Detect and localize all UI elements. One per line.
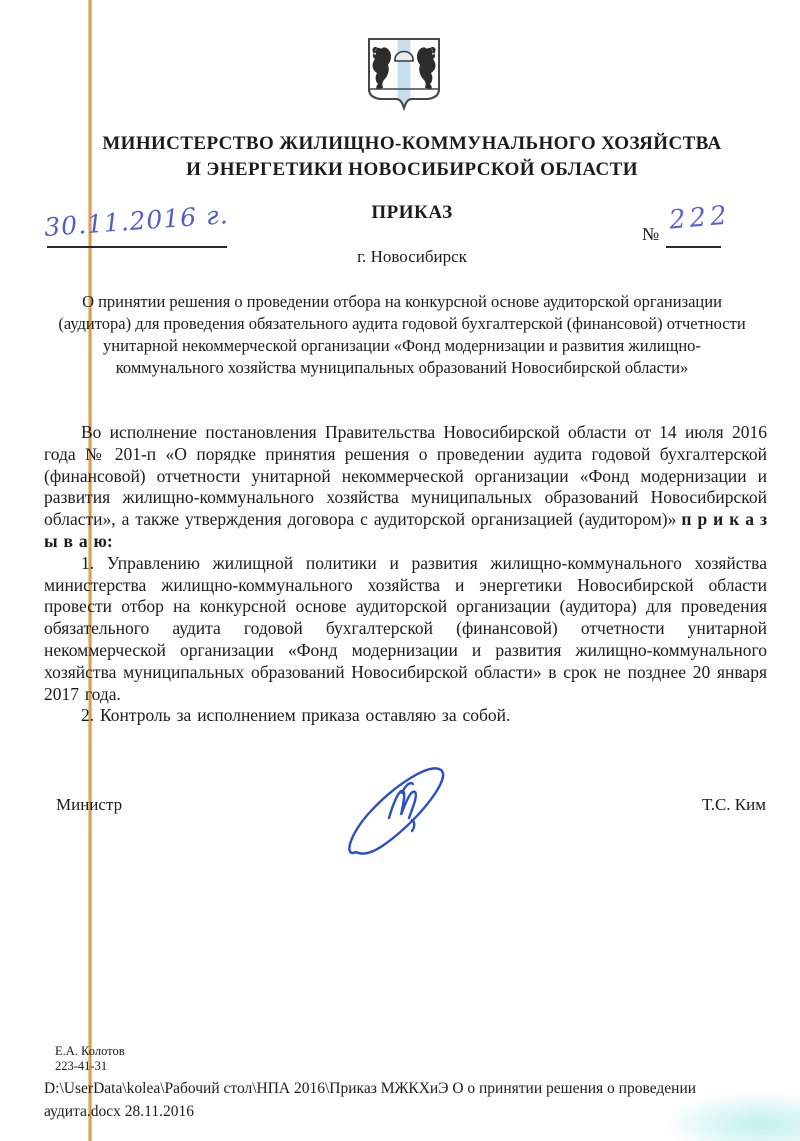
number-label: № (642, 224, 659, 245)
executor-name: Е.А. Колотов (55, 1044, 125, 1059)
signer-name: Т.С. Ким (702, 795, 766, 815)
intro-text: Во исполнение постановления Правительств… (44, 422, 767, 529)
ministry-title-line1: МИНИСТЕРСТВО ЖИЛИЩНО-КОММУНАЛЬНОГО ХОЗЯЙ… (56, 131, 768, 157)
city-line: г. Новосибирск (56, 247, 768, 267)
cyan-stain (670, 1094, 800, 1141)
file-path: D:\UserData\kolea\Рабочий стол\НПА 2016\… (44, 1077, 744, 1123)
ministry-title-line2: И ЭНЕРГЕТИКИ НОВОСИБИРСКОЙ ОБЛАСТИ (56, 157, 768, 183)
intro-paragraph: Во исполнение постановления Правительств… (44, 422, 767, 553)
ministry-title: МИНИСТЕРСТВО ЖИЛИЩНО-КОММУНАЛЬНОГО ХОЗЯЙ… (56, 131, 768, 183)
body-text: Во исполнение постановления Правительств… (44, 422, 767, 727)
handwritten-number: 222 (668, 200, 732, 235)
order-item-2: 2. Контроль за исполнением приказа остав… (44, 705, 767, 727)
order-item-1: 1. Управлению жилищной политики и развит… (44, 553, 767, 706)
document-page: МИНИСТЕРСТВО ЖИЛИЩНО-КОММУНАЛЬНОГО ХОЗЯЙ… (0, 0, 800, 1141)
executor-phone: 223-41-31 (55, 1059, 125, 1074)
minister-signature (340, 758, 472, 862)
signer-title: Министр (56, 795, 122, 815)
executor-block: Е.А. Колотов 223-41-31 (55, 1044, 125, 1074)
subject-paragraph: О принятии решения о проведении отбора н… (56, 291, 748, 379)
coat-of-arms-icon (367, 36, 441, 116)
